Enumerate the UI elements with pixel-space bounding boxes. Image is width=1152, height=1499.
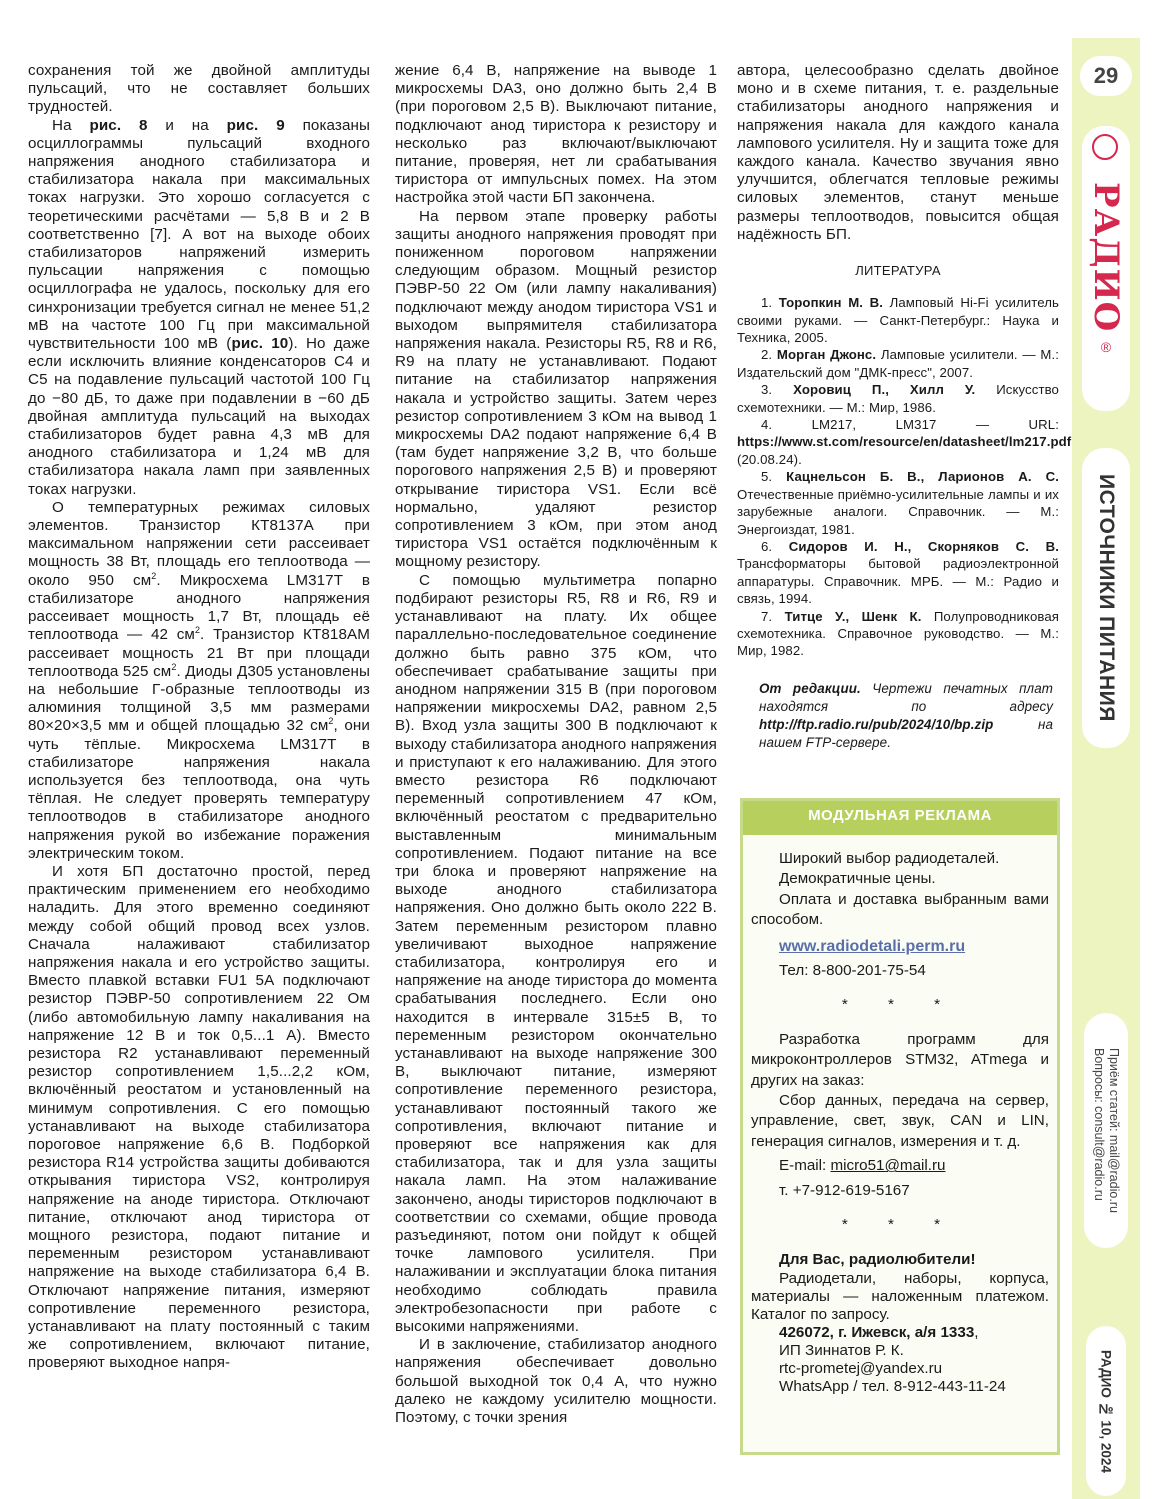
reference-item: 5. Кацнельсон Б. В., Ларионов А. С. Отеч… [737,468,1059,538]
registered-icon: ® [1098,339,1114,355]
ad-contact-name: ИП Зиннатов Р. К. [751,1342,1049,1360]
article-column-3: автора, целесообразно сделать двойное мо… [737,62,1059,752]
paragraph: О температурных режимах силовых элементо… [28,499,370,863]
reference-item: 6. Сидоров И. Н., Скорняков С. В. Трансф… [737,538,1059,608]
reference-item: 3. Хоровиц П., Хилл У. Искусство схемоте… [737,381,1059,416]
article-column-1: сохранения той же двойной амплитуды пуль… [28,62,370,1373]
paragraph: И в заключение, стабилизатор анодного на… [395,1336,717,1427]
ad-header: МОДУЛЬНАЯ РЕКЛАМА [743,801,1057,835]
paragraph: И хотя БП достаточно простой, перед прак… [28,863,370,1373]
page-number: 29 [1080,56,1132,96]
punctuation: , [974,1324,978,1341]
reference-item: 4. LM217, LM317 — URL: https://www.st.co… [737,416,1059,468]
contact-questions: Вопросы: consult@radio.ru [1091,1048,1106,1213]
paragraph: сохранения той же двойной амплитуды пуль… [28,62,370,117]
ad-phone: т. +7-912-619-5167 [751,1181,1049,1201]
radiodetali-link[interactable]: www.radiodetali.perm.ru [779,938,965,955]
ad-text: Радиодетали, наборы, корпуса, материалы … [751,1270,1049,1324]
issue-number: РАДИО № 10, 2024 [1099,1350,1114,1473]
ad-email-line: E-mail: micro51@mail.ru [751,1156,1049,1176]
ad-text: Разработка программ для микроконтроллеро… [751,1030,1049,1091]
editorial-note: От редакции. Чертежи печатных плат наход… [759,680,1053,752]
logo-text: РАДИО [1086,182,1126,332]
ad-address: 426072, г. Ижевск, а/я 1333 [779,1324,974,1341]
article-column-2: жение 6,4 В, напряжение на выводе 1 микр… [395,62,717,1427]
literature-list: 1. Торопкин М. В. Ламповый Hi-Fi усилите… [737,294,1059,660]
reference-item: 7. Титце У., Шенк К. Полупроводниковая с… [737,608,1059,660]
ad-url-line: www.radiodetali.perm.ru [751,937,1049,957]
paragraph: жение 6,4 В, напряжение на выводе 1 микр… [395,62,717,208]
literature-title: ЛИТЕРАТУРА [737,262,1059,280]
separator: * * * [751,995,1049,1015]
reference-item: 1. Торопкин М. В. Ламповый Hi-Fi усилите… [737,294,1059,346]
paragraph: На первом этапе проверку работы защиты а… [395,208,717,572]
ad-address-line: 426072, г. Ижевск, а/я 1333, [751,1324,1049,1342]
issue-label: РАДИО № 10, 2024 [1086,1326,1126,1496]
paragraph: автора, целесообразно сделать двойное мо… [737,62,1059,244]
editorial-contacts: Приём статей: mail@radio.ru Вопросы: con… [1084,1013,1128,1248]
ad-contact-email[interactable]: rtc-prometej@yandex.ru [751,1360,1049,1378]
email-link[interactable]: micro51@mail.ru [830,1157,945,1174]
ad-text: Широкий выбор радиодеталей. [751,849,1049,869]
email-label: E-mail: [779,1157,830,1174]
ad-title: Для Вас, радиолюбители! [751,1250,1049,1270]
contact-submissions: Приём статей: mail@radio.ru [1106,1048,1121,1213]
section-title: ИСТОЧНИКИ ПИТАНИЯ [1094,474,1118,722]
ad-phone: Тел: 8-800-201-75-54 [751,961,1049,981]
contacts-text: Приём статей: mail@radio.ru Вопросы: con… [1091,1048,1121,1213]
ad-text: Демократичные цены. [751,869,1049,889]
paragraph: На рис. 8 и на рис. 9 показаны осциллогр… [28,117,370,499]
separator: * * * [751,1215,1049,1235]
radio-logo: РАДИО ® [1082,126,1130,411]
ad-contact-phone: WhatsApp / тел. 8-912-443-11-24 [751,1378,1049,1396]
section-label: ИСТОЧНИКИ ПИТАНИЯ [1082,448,1130,748]
magazine-sidebar: 29 РАДИО ® ИСТОЧНИКИ ПИТАНИЯ Приём стате… [1072,38,1140,1499]
paragraph: С помощью мультиметра попарно подбирают … [395,572,717,1337]
advertising-box: МОДУЛЬНАЯ РЕКЛАМА Широкий выбор радиодет… [740,798,1060,1455]
logo-emblem-icon [1092,134,1118,160]
ad-text: Сбор данных, передача на сервер, управле… [751,1091,1049,1152]
ad-text: Оплата и доставка выбранным вами способо… [751,890,1049,931]
reference-item: 2. Морган Джонс. Ламповые усилители. — М… [737,346,1059,381]
ad-body: Широкий выбор радиодеталей. Демократичны… [743,835,1057,1396]
